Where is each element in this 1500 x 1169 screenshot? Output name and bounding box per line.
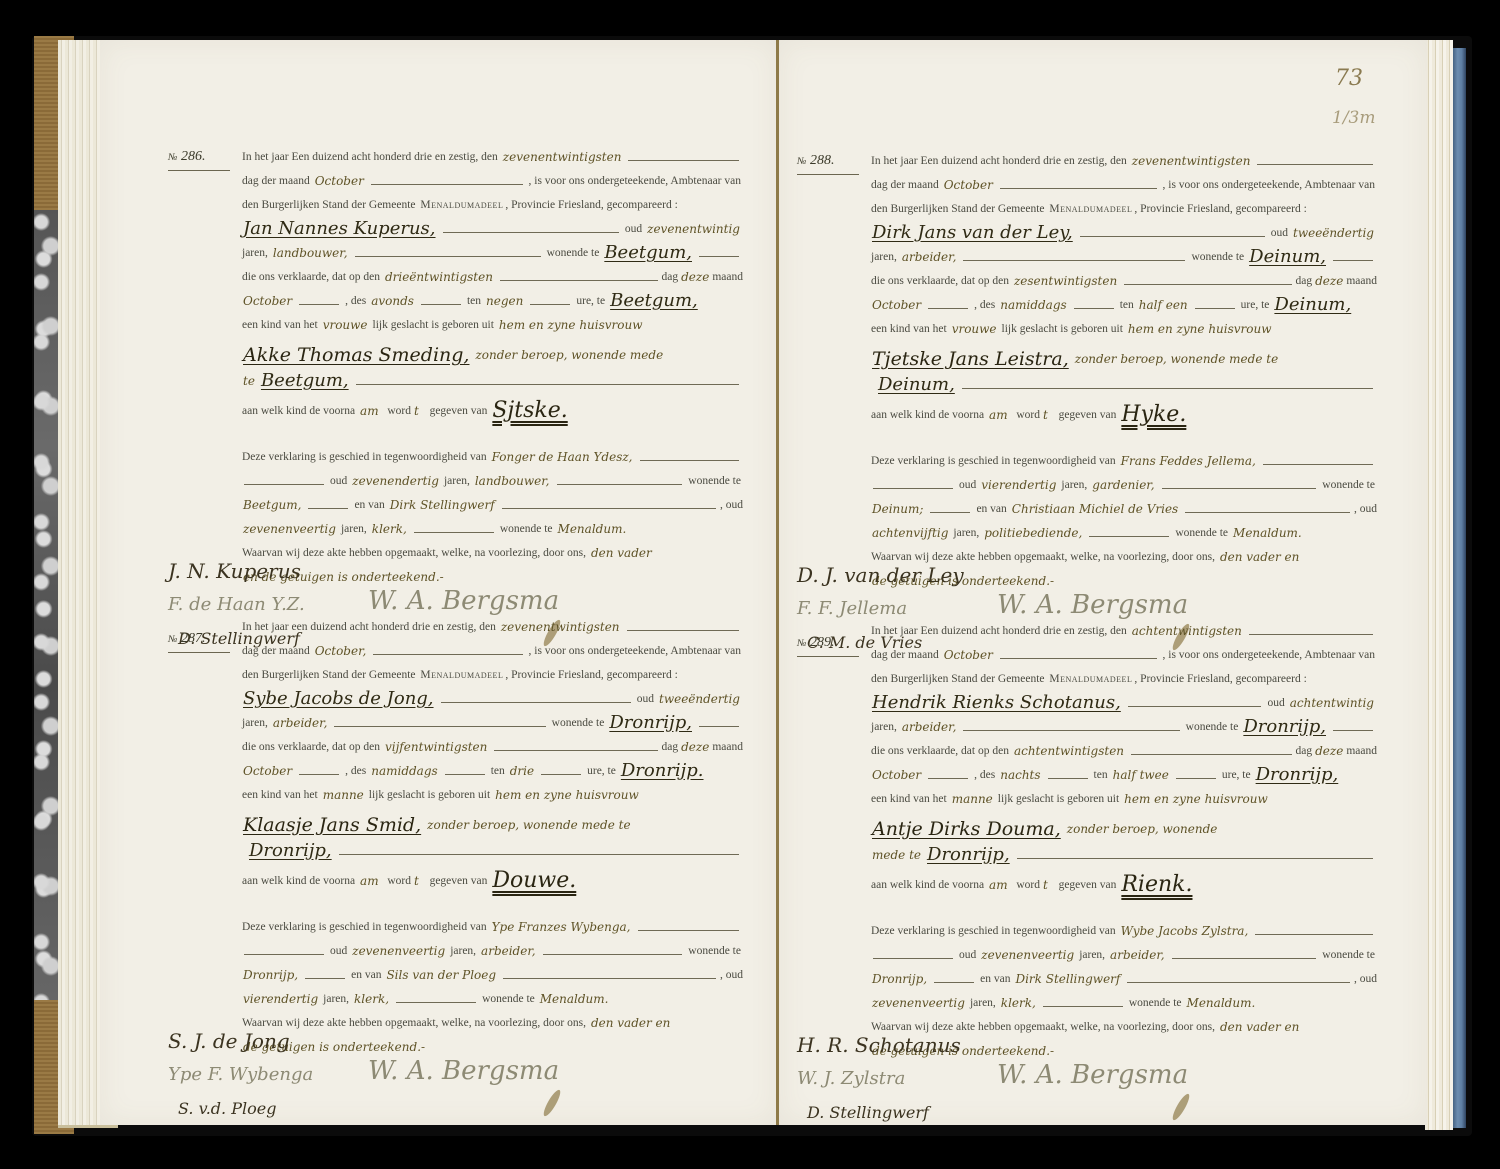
printed-text: wonende te	[686, 942, 743, 960]
field-signatures-0: S. J. de Jong	[168, 1032, 290, 1050]
field-witness1-residence: Dronrijp,	[240, 966, 301, 984]
printed-text: gegeven van	[1057, 406, 1119, 424]
printed-text: wonende te	[1320, 946, 1377, 964]
blank-line	[503, 978, 716, 979]
text-line: Deinum,	[869, 368, 1377, 394]
field-witness2-occupation: politiebediende,	[981, 524, 1085, 542]
field-declarant-residence: Beetgum,	[601, 244, 695, 262]
field-name-suffix: am	[986, 876, 1011, 894]
printed-text: jaren,	[321, 990, 351, 1008]
field-time-of-day: namiddags	[997, 296, 1069, 314]
printed-text: wonende te	[550, 714, 607, 732]
field-mother-note: zonder beroep, wonende	[1064, 820, 1221, 838]
field-signatures-0: H. R. Schotanus	[797, 1036, 961, 1054]
field-name-suffix: am	[357, 402, 382, 420]
blank-line	[494, 750, 657, 751]
text-line: Deze verklaring is geschied in tegenwoor…	[869, 894, 1377, 940]
folio-number: 73	[1335, 66, 1363, 91]
field-witness2: Christiaan Michiel de Vries	[1009, 500, 1181, 518]
field-hour: half twee	[1110, 766, 1172, 784]
printed-text: Deze verklaring is geschied in tegenwoor…	[240, 448, 489, 466]
field-witness2: Dirk Stellingwerf	[387, 496, 498, 514]
printed-text: , is voor ons ondergeteekende, Ambtenaar…	[527, 172, 743, 190]
blank-line	[244, 484, 324, 485]
blank-line	[1263, 464, 1373, 465]
text-line: dag der maandOctober, is voor ons onderg…	[240, 166, 743, 190]
printed-text: een kind van het	[869, 320, 949, 338]
field-word-suffix: t	[411, 872, 422, 890]
field-month: October	[312, 172, 367, 190]
printed-text: en van	[974, 500, 1008, 518]
blank-line	[502, 508, 716, 509]
text-line: jaren,landbouwer,wonende teBeetgum,	[240, 238, 743, 262]
text-line: die ons verklaarde, dat op denvijfentwin…	[240, 732, 743, 756]
field-witness2-residence: Menaldum.	[1230, 524, 1305, 542]
field-witness1-age: zevenenveertig	[349, 942, 448, 960]
field-mother-note: zonder beroep, wonende mede te	[1072, 350, 1281, 368]
text-line: jaren,arbeider,wonende teDronrijp,	[240, 708, 743, 732]
field-signed-by: den vader en	[1217, 1018, 1302, 1036]
field-child-name: Rienk.	[1118, 876, 1195, 894]
printed-text: een kind van het	[240, 786, 320, 804]
printed-text: wonende te	[1127, 994, 1184, 1012]
text-line: die ons verklaarde, dat op denzesentwint…	[869, 266, 1377, 290]
printed-text: wonende te	[480, 990, 537, 1008]
blank-line	[640, 460, 740, 461]
printed-text: jaren,	[869, 248, 899, 266]
field-declarant-age: achtentwintig	[1287, 694, 1377, 712]
folio-annotation: 1/3m	[1332, 108, 1375, 128]
field-child-name: Sjtske.	[489, 402, 570, 420]
text-line: Dronrijp,en vanDirk Stellingwerf, oud	[869, 964, 1377, 988]
printed-text: wonende te	[545, 244, 602, 262]
blank-line	[1089, 536, 1169, 537]
field-born-from: hem en zyne huisvrouw	[1121, 790, 1271, 808]
blank-line	[1124, 284, 1291, 285]
printed-text: , Provincie Friesland, gecompareerd :	[1132, 200, 1308, 218]
printed-text: ure, te	[585, 762, 618, 780]
field-declarant: Sybe Jacobs de Jong,	[240, 690, 437, 708]
blank-line	[1249, 634, 1373, 635]
field-number: 289	[810, 635, 831, 650]
blank-line	[445, 774, 485, 775]
blank-line	[1128, 706, 1262, 707]
blank-line	[1000, 188, 1157, 189]
text-line: achtenvijftigjaren,politiebediende,wonen…	[869, 518, 1377, 542]
field-birth-month-word: deze	[678, 268, 712, 286]
marbled-board-left	[34, 210, 58, 1000]
printed-text: wonende te	[1189, 248, 1246, 266]
field-signatures-3: W. A. Bergsma	[368, 1062, 559, 1080]
field-sex: vrouwe	[949, 320, 1000, 338]
text-line: een kind van hetmannelijk geslacht is ge…	[869, 784, 1377, 808]
text-line: oudvierendertigjaren,gardenier,wonende t…	[869, 470, 1377, 494]
blank-line	[930, 512, 970, 513]
printed-text: den Burgerlijken Stand der Gemeente	[869, 670, 1047, 688]
field-witness1-age: vierendertig	[978, 476, 1059, 494]
field-birth-day: vijfentwintigsten	[382, 738, 490, 756]
field-birth-month: October	[869, 766, 924, 784]
text-line: zevenenveertigjaren,klerk,wonende teMena…	[869, 988, 1377, 1012]
field-word-suffix: t	[411, 402, 422, 420]
field-witness1-residence: Deinum;	[869, 500, 926, 518]
text-line: Dronrijp,en vanSils van der Ploeg, oud	[240, 960, 743, 984]
blank-line	[1080, 236, 1265, 237]
field-signed-by: den vader en	[1217, 548, 1302, 566]
text-line: aan welk kind de voornaam wordt gegeven …	[869, 394, 1377, 424]
field-mother: Tjetske Jans Leistra,	[869, 350, 1072, 368]
field-month: October	[941, 646, 996, 664]
printed-text: wonende te	[1184, 718, 1241, 736]
printed-text: en van	[978, 970, 1012, 988]
printed-text: , des	[972, 766, 997, 784]
text-line: die ons verklaarde, dat op denachtentwin…	[869, 736, 1377, 760]
printed-text: den Burgerlijken Stand der Gemeente	[240, 666, 418, 684]
printed-text: №	[168, 152, 177, 163]
record-number: № 288.	[797, 152, 859, 175]
printed-text: In het jaar Een duizend acht honderd dri…	[240, 148, 500, 166]
blank-line	[244, 954, 324, 955]
printed-text: Menaldumadeel	[420, 666, 503, 684]
field-birth-month: October	[869, 296, 924, 314]
book-gutter	[776, 40, 779, 1125]
blank-line	[1000, 658, 1157, 659]
printed-text: In het jaar Een duizend acht honderd dri…	[869, 152, 1129, 170]
text-line: Dronrijp,	[240, 834, 743, 860]
field-mother-residence: Dronrijp,	[924, 846, 1013, 864]
text-line: In het jaar een duizend acht honderd dri…	[240, 612, 743, 636]
text-line: Tjetske Jans Leistra,zonder beroep, wone…	[869, 338, 1377, 368]
field-witness2-age: vierendertig	[240, 990, 321, 1008]
printed-text: die ons verklaarde, dat op den	[240, 738, 382, 756]
blank-line	[308, 508, 348, 509]
printed-text: Waarvan wij deze akte hebben opgemaakt, …	[240, 1014, 588, 1032]
text-line: den Burgerlijken Stand der Gemeente Mena…	[240, 190, 743, 214]
record-number: № 287.	[168, 630, 230, 653]
text-line: vierendertigjaren,klerk,wonende teMenald…	[240, 984, 743, 1008]
printed-text: die ons verklaarde, dat op den	[240, 268, 382, 286]
text-line: Waarvan wij deze akte hebben opgemaakt, …	[240, 1008, 743, 1032]
printed-text: jaren,	[869, 718, 899, 736]
text-line: Waarvan wij deze akte hebben opgemaakt, …	[240, 538, 743, 562]
text-line: teBeetgum,	[240, 364, 743, 390]
printed-text: den Burgerlijken Stand der Gemeente	[869, 200, 1047, 218]
field-signatures-0: J. N. Kuperus	[168, 562, 301, 580]
printed-text: jaren,	[442, 472, 472, 490]
blank-line	[421, 304, 461, 305]
printed-text: №	[168, 634, 177, 645]
blank-line	[443, 232, 619, 233]
blank-line	[396, 1002, 476, 1003]
printed-text: die ons verklaarde, dat op den	[869, 272, 1011, 290]
field-hour: half een	[1136, 296, 1191, 314]
blank-line	[299, 304, 339, 305]
blank-line	[557, 484, 683, 485]
blank-line	[1185, 512, 1350, 513]
field-witness2-age: zevenenveertig	[869, 994, 968, 1012]
printed-text: , Provincie Friesland, gecompareerd :	[503, 196, 679, 214]
printed-text: jaren,	[339, 520, 369, 538]
blank-line	[299, 774, 339, 775]
text-line: In het jaar Een duizend acht honderd dri…	[869, 146, 1377, 170]
printed-text: , Provincie Friesland, gecompareerd :	[503, 666, 679, 684]
printed-text: , is voor ons ondergeteekende, Ambtenaar…	[527, 642, 743, 660]
blank-line	[414, 532, 494, 533]
field-signatures-0: D. J. van der Ley	[797, 566, 964, 584]
field-witness1-age: zevenenveertig	[978, 946, 1077, 964]
field-sex: manne	[949, 790, 996, 808]
field-witness1: Ype Franzes Wybenga,	[489, 918, 634, 936]
field-birth-place: Beetgum,	[607, 292, 701, 310]
field-declarant: Jan Nannes Kuperus,	[240, 220, 439, 238]
field-birth-place: Dronrijp,	[1253, 766, 1342, 784]
text-line: oudzevenenveertigjaren,arbeider,wonende …	[240, 936, 743, 960]
blank-line	[355, 256, 541, 257]
field-declarant-age: tweeëndertig	[1290, 224, 1377, 242]
blank-line	[1048, 778, 1088, 779]
blank-line	[1172, 958, 1317, 959]
printed-text: jaren,	[951, 524, 981, 542]
blank-line	[500, 280, 658, 281]
printed-text: die ons verklaarde, dat op den	[869, 742, 1011, 760]
field-birth-place: Deinum,	[1271, 296, 1354, 314]
blank-line	[638, 930, 740, 931]
printed-text: gegeven van	[428, 402, 490, 420]
printed-text: oud	[328, 942, 349, 960]
field-witness2: Sils van der Ploeg	[383, 966, 499, 984]
field-declarant-occupation: arbeider,	[270, 714, 331, 732]
field-word-suffix: t	[1040, 876, 1051, 894]
text-line: aan welk kind de voornaam wordt gegeven …	[869, 864, 1377, 894]
printed-text: , des	[343, 762, 368, 780]
text-line: een kind van hetvrouwelijk geslacht is g…	[240, 310, 743, 334]
printed-text: In het jaar een duizend acht honderd dri…	[240, 618, 498, 636]
text-line: Deinum;en vanChristiaan Michiel de Vries…	[869, 494, 1377, 518]
field-declarant-residence: Deinum,	[1246, 248, 1329, 266]
printed-text: den Burgerlijken Stand der Gemeente	[240, 196, 418, 214]
printed-text: oud	[635, 690, 656, 708]
printed-text: en van	[352, 496, 386, 514]
field-born-from: hem en zyne huisvrouw	[492, 786, 642, 804]
printed-text: lijk geslacht is geboren uit	[371, 316, 496, 334]
printed-text: Deze verklaring is geschied in tegenwoor…	[240, 918, 489, 936]
blank-line	[305, 978, 345, 979]
blank-line	[627, 630, 739, 631]
text-line: October, desnamiddagstendrieure, teDronr…	[240, 756, 743, 780]
printed-text: dag der maand	[240, 642, 312, 660]
blank-line	[963, 730, 1179, 731]
text-line: Antje Dirks Douma,zonder beroep, wonende	[869, 808, 1377, 838]
text-line: October, desavondstennegenure, teBeetgum…	[240, 286, 743, 310]
field-sex: vrouwe	[320, 316, 371, 334]
field-child-name: Hyke.	[1118, 406, 1189, 424]
field-declarant-occupation: landbouwer,	[270, 244, 351, 262]
text-line: Dirk Jans van der Ley,oudtweeëndertig	[869, 218, 1377, 242]
blank-line	[1074, 308, 1114, 309]
field-declarant: Hendrik Rienks Schotanus,	[869, 694, 1124, 712]
field-declarant-age: zevenentwintig	[644, 220, 743, 238]
field-birth-place: Dronrijp.	[618, 762, 707, 780]
field-birth-day: zesentwintigsten	[1011, 272, 1120, 290]
blank-line	[339, 854, 739, 855]
field-witness1-residence: Dronrijp,	[869, 970, 930, 988]
field-birth-day: drieëntwintigsten	[382, 268, 496, 286]
printed-text: aan welk kind de voorna	[869, 406, 986, 424]
printed-text: dag der maand	[240, 172, 312, 190]
field-witness2: Dirk Stellingwerf	[1012, 970, 1123, 988]
printed-text: , des	[343, 292, 368, 310]
printed-text: , Provincie Friesland, gecompareerd :	[1132, 670, 1308, 688]
field-declarant-occupation: arbeider,	[899, 718, 960, 736]
blank-line	[873, 958, 953, 959]
field-signatures-1: W. J. Zylstra	[797, 1070, 905, 1088]
field-time-of-day: nachts	[997, 766, 1043, 784]
printed-text: Deze verklaring is geschied in tegenwoor…	[869, 922, 1118, 940]
field-date-day: zevenentwintigsten	[1129, 152, 1254, 170]
text-line: die ons verklaarde, dat op dendrieëntwin…	[240, 262, 743, 286]
text-line: een kind van hetmannelijk geslacht is ge…	[240, 780, 743, 804]
field-signed-by: den vader en	[588, 1014, 673, 1032]
blank-line	[1333, 260, 1373, 261]
field-born-from: hem en zyne huisvrouw	[1125, 320, 1275, 338]
printed-text: jaren,	[1059, 476, 1089, 494]
printed-text: jaren,	[1077, 946, 1107, 964]
printed-text: jaren,	[240, 714, 270, 732]
printed-text: Menaldumadeel	[1049, 670, 1132, 688]
field-witness2-occupation: klerk,	[351, 990, 392, 1008]
text-line: dag der maandOctober, is voor ons onderg…	[869, 640, 1377, 664]
text-line: Deze verklaring is geschied in tegenwoor…	[869, 424, 1377, 470]
page-edges-right	[1425, 40, 1453, 1130]
field-word-suffix: t	[1040, 406, 1051, 424]
printed-text: jaren,	[968, 994, 998, 1012]
field-month: October,	[312, 642, 370, 660]
printed-text: , is voor ons ondergeteekende, Ambtenaar…	[1161, 646, 1377, 664]
printed-text: oud	[1269, 224, 1290, 242]
text-line: mede teDronrijp,	[869, 838, 1377, 864]
printed-text: een kind van het	[240, 316, 320, 334]
ink-blot	[541, 1088, 563, 1118]
printed-text: Menaldumadeel	[420, 196, 503, 214]
field-witness2-age: achtenvijftig	[869, 524, 951, 542]
blank-line	[699, 726, 739, 727]
field-signatures-3: W. A. Bergsma	[997, 1066, 1188, 1084]
text-line: den Burgerlijken Stand der Gemeente Mena…	[869, 194, 1377, 218]
signatures: S. J. de Jong Ype F. Wybenga S. v.d. Plo…	[168, 1032, 668, 1169]
printed-text: aan welk kind de voorna	[240, 872, 357, 890]
ink-blot	[1170, 1092, 1192, 1122]
field-mother-residence: Dronrijp,	[246, 842, 335, 860]
printed-text: dag der maand	[869, 646, 941, 664]
printed-text: , des	[972, 296, 997, 314]
text-line: aan welk kind de voornaam wordt gegeven …	[240, 860, 743, 890]
text-line: den Burgerlijken Stand der Gemeente Mena…	[240, 660, 743, 684]
printed-text: oud	[1265, 694, 1286, 712]
field-child-name: Douwe.	[489, 872, 579, 890]
field-witness2-age: zevenenveertig	[240, 520, 339, 538]
text-line: Klaasje Jans Smid,zonder beroep, wonende…	[240, 804, 743, 834]
birth-record-286: № 286. In het jaar Een duizend acht hond…	[168, 142, 743, 586]
printed-text: ure, te	[574, 292, 607, 310]
field-witness1-residence: Beetgum,	[240, 496, 304, 514]
field-birth-month-word: deze	[678, 738, 712, 756]
field-number: 287	[181, 631, 202, 646]
field-date-day: achtentwintigsten	[1129, 622, 1245, 640]
text-line: In het jaar Een duizend acht honderd dri…	[240, 142, 743, 166]
blank-line	[699, 256, 739, 257]
printed-text: oud	[623, 220, 644, 238]
field-witness1: Wybe Jacobs Zylstra,	[1118, 922, 1252, 940]
birth-record-288: № 288. In het jaar Een duizend acht hond…	[797, 146, 1377, 590]
field-number: 288	[810, 153, 831, 168]
printed-text: oud	[957, 946, 978, 964]
field-witness1-occupation: arbeider,	[478, 942, 539, 960]
field-time-of-day: avonds	[368, 292, 417, 310]
field-witness1-occupation: landbouwer,	[472, 472, 553, 490]
record-number: № 289.	[797, 634, 859, 657]
field-birth-month-word: deze	[1312, 742, 1346, 760]
field-signatures-3: W. A. Bergsma	[368, 592, 559, 610]
text-line: dag der maandOctober,, is voor ons onder…	[240, 636, 743, 660]
printed-text: , is voor ons ondergeteekende, Ambtenaar…	[1161, 176, 1377, 194]
blank-line	[963, 260, 1185, 261]
field-mother: Klaasje Jans Smid,	[240, 816, 424, 834]
text-line: een kind van hetvrouwelijk geslacht is g…	[869, 314, 1377, 338]
field-mother-note2: te	[240, 372, 258, 390]
blank-line	[628, 160, 739, 161]
field-witness2-residence: Menaldum.	[537, 990, 612, 1008]
field-witness2-residence: Menaldum.	[1184, 994, 1259, 1012]
field-mother-residence: Deinum,	[875, 376, 958, 394]
printed-text: ten	[465, 292, 483, 310]
blank-line	[1333, 730, 1373, 731]
field-mother: Akke Thomas Smeding,	[240, 346, 472, 364]
printed-text: jaren,	[448, 942, 478, 960]
printed-text: aan welk kind de voorna	[869, 876, 986, 894]
blank-line	[928, 778, 968, 779]
signatures: H. R. Schotanus W. J. Zylstra D. Stellin…	[797, 1036, 1297, 1169]
text-line: den Burgerlijken Stand der Gemeente Mena…	[869, 664, 1377, 688]
blank-line	[1127, 982, 1350, 983]
text-line: Deze verklaring is geschied in tegenwoor…	[240, 890, 743, 936]
blank-line	[934, 982, 974, 983]
field-birth-month-word: deze	[1312, 272, 1346, 290]
field-name-suffix: am	[357, 872, 382, 890]
printed-text: Deze verklaring is geschied in tegenwoor…	[869, 452, 1118, 470]
field-signed-by: den vader	[588, 544, 655, 562]
field-signatures-2: S. v.d. Ploeg	[178, 1100, 276, 1118]
field-mother-note: zonder beroep, wonende mede te	[424, 816, 633, 834]
text-line: oudzevenenveertigjaren,arbeider,wonende …	[869, 940, 1377, 964]
printed-text: In het jaar Een duizend acht honderd dri…	[869, 622, 1129, 640]
field-witness1: Frans Feddes Jellema,	[1118, 452, 1259, 470]
text-line: jaren,arbeider,wonende teDeinum,	[869, 242, 1377, 266]
field-sex: manne	[320, 786, 367, 804]
text-line: oudzevenendertigjaren,landbouwer,wonende…	[240, 466, 743, 490]
field-declarant-occupation: arbeider,	[899, 248, 960, 266]
printed-text: een kind van het	[869, 790, 949, 808]
text-line: jaren,arbeider,wonende teDronrijp,	[869, 712, 1377, 736]
printed-text: en van	[349, 966, 383, 984]
printed-text: lijk geslacht is geboren uit	[367, 786, 492, 804]
blank-line	[371, 184, 523, 185]
text-line: Hendrik Rienks Schotanus,oudachtentwinti…	[869, 688, 1377, 712]
blank-line	[1162, 488, 1317, 489]
text-line: aan welk kind de voornaam wordt gegeven …	[240, 390, 743, 420]
blank-line	[873, 488, 953, 489]
field-time-of-day: namiddags	[368, 762, 440, 780]
printed-text: gegeven van	[1057, 876, 1119, 894]
